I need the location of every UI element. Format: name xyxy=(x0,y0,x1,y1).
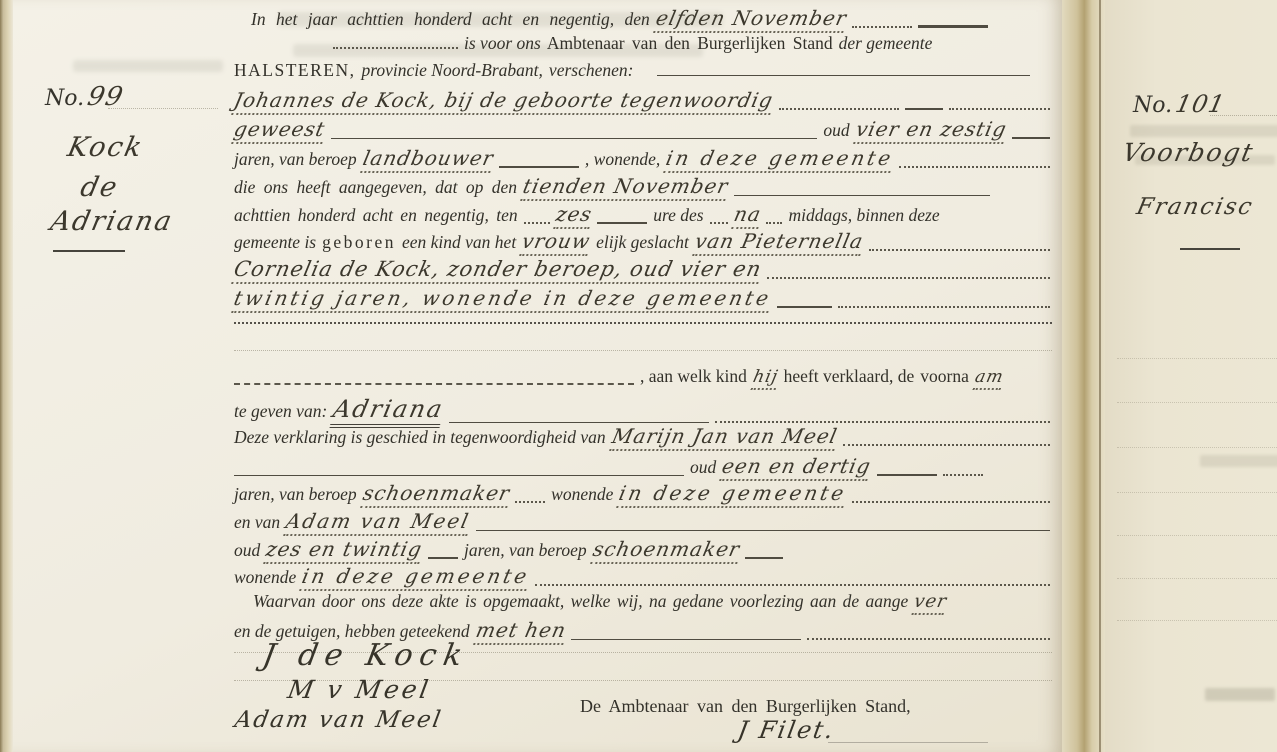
body-line-mother-2: twintig jaren, wonende in deze gemeente xyxy=(234,286,1050,313)
printed-text: heeft verklaard, de xyxy=(784,366,915,387)
next-act-surname: Voorbogt xyxy=(1123,138,1254,167)
dotted-filler xyxy=(767,277,1050,279)
handwritten-age: vier en zestig xyxy=(853,117,1009,144)
header-line-3: HALSTEREN, provincie Noord-Brabant, vers… xyxy=(234,60,1050,81)
handwritten-sex: vrouw xyxy=(519,229,593,256)
printed-text: der gemeente xyxy=(839,33,933,54)
blank-ruled-line xyxy=(234,322,1052,324)
printed-text: wonende xyxy=(234,567,296,588)
handwritten-hour: zes xyxy=(553,202,594,229)
printed-text: gemeente is xyxy=(234,232,316,253)
printed-text: jaren, van beroep xyxy=(234,484,357,505)
dash-filler xyxy=(1012,137,1050,139)
blank-ruled-line xyxy=(1117,492,1277,493)
body-line-closing-1: Waarvan door ons deze akte is opgemaakt,… xyxy=(253,591,1050,615)
dotted-filler xyxy=(899,166,1050,168)
body-line-birth-time: achttien honderd acht en negentig, ten z… xyxy=(234,202,1050,229)
blank-ruled-line xyxy=(234,350,1052,351)
handwritten-text: geweest xyxy=(231,117,327,144)
next-act-number: No. 101 xyxy=(1133,90,1225,118)
dash-filler xyxy=(905,108,943,110)
printed-text: oud xyxy=(823,120,849,141)
handwritten-age: een en dertig xyxy=(719,454,873,481)
handwritten-text: met hen xyxy=(473,618,569,645)
margin-dash xyxy=(1180,248,1240,250)
printed-text: ure des xyxy=(653,205,703,226)
blank-ruled-line xyxy=(1117,535,1277,536)
handwritten-pronoun: hij xyxy=(750,367,780,390)
dotted-filler xyxy=(949,108,1050,110)
dotted-filler xyxy=(869,249,1050,251)
handwritten-occupation: schoenmaker xyxy=(360,481,512,508)
next-act-firstname: Francisc xyxy=(1137,194,1253,220)
dotted-filler xyxy=(715,421,1050,423)
dotted-filler xyxy=(807,638,1050,640)
blank-ruled-line xyxy=(1117,447,1277,448)
handwritten-declarant-name: Johannes de Kock, bij de geboorte tegenw… xyxy=(231,88,776,115)
scanned-birth-record: { "left_margin": { "no_label": "No.", "n… xyxy=(0,0,1277,752)
handwritten-age: zes en twintig xyxy=(263,537,424,564)
body-line-child-sex: gemeente is geboren een kind van het vro… xyxy=(234,229,1050,256)
printed-text: Deze verklaring is geschied in tegenwoor… xyxy=(234,427,606,448)
dash-filler xyxy=(918,25,988,28)
body-line-occupation: jaren, van beroep landbouwer , wonende, … xyxy=(234,146,1050,173)
act-number-label: No. xyxy=(45,86,84,111)
dotted-filler xyxy=(710,222,728,224)
margin-dotted-line xyxy=(108,108,218,109)
margin-child-surname: Kock xyxy=(68,132,143,163)
body-line-witness-1: Deze verklaring is geschied in tegenwoor… xyxy=(234,424,1050,451)
solid-filler xyxy=(657,75,1030,76)
handwritten-residence: in deze gemeente xyxy=(299,564,532,591)
dotted-filler xyxy=(852,26,912,28)
registrar-signature: J Filet. xyxy=(738,716,835,744)
handwritten-suffix: am xyxy=(972,367,1005,390)
handwritten-suffix: ver xyxy=(912,591,950,615)
bleed-through-line xyxy=(73,60,223,72)
printed-text: voorna xyxy=(920,366,969,387)
handwritten-birthdate: tienden November xyxy=(520,174,731,201)
book-edge xyxy=(0,0,13,752)
bleed-through-line xyxy=(1130,125,1277,137)
body-line-witness-2-residence: wonende in deze gemeente xyxy=(234,564,1050,591)
printed-text: achttien honderd acht en negentig, ten xyxy=(234,205,518,226)
printed-text: oud xyxy=(234,540,260,561)
printed-text: geboren xyxy=(322,232,396,253)
dotted-filler xyxy=(843,444,1050,446)
body-line-mother: Cornelia de Kock, zonder beroep, oud vie… xyxy=(234,257,1050,284)
printed-text: Waarvan door ons deze akte is opgemaakt,… xyxy=(253,591,908,612)
birth-act-page: No. 99 Kock de Adriana In het jaar achtt… xyxy=(13,0,1062,752)
printed-text: middags, binnen deze xyxy=(788,205,939,226)
margin-dotted-line xyxy=(1210,115,1277,116)
dotted-filler xyxy=(838,306,1050,308)
signature-flourish-line xyxy=(828,742,988,743)
body-line-declaration-date: die ons heeft aangegeven, dat op den tie… xyxy=(234,174,1050,201)
blank-ruled-line xyxy=(1117,358,1277,359)
margin-child-firstname: Adriana xyxy=(51,206,173,237)
printed-text: is voor ons xyxy=(464,33,541,54)
handwritten-occupation: landbouwer xyxy=(360,146,496,173)
printed-text: te geven van: xyxy=(234,401,327,422)
solid-filler xyxy=(734,195,990,196)
handwritten-date: elfden November xyxy=(653,6,849,33)
dotted-filler xyxy=(852,501,1050,503)
act-number-value: 101 xyxy=(1173,90,1228,118)
printed-text: Ambtenaar van den Burgerlijken Stand xyxy=(547,33,833,54)
signature-witness-1: M v Meel xyxy=(288,675,431,704)
handwritten-daypart: na xyxy=(731,202,764,229)
registrar-title: De Ambtenaar van den Burgerlijken Stand, xyxy=(580,696,911,717)
bleed-through-line xyxy=(1205,688,1275,701)
printed-text: , aan welk kind xyxy=(640,366,747,387)
body-line-witness-2: en van Adam van Meel xyxy=(234,509,1050,536)
dotted-filler xyxy=(524,222,550,224)
printed-text: en van xyxy=(234,512,280,533)
blank-ruled-line xyxy=(1117,402,1277,403)
dashed-filler xyxy=(234,383,634,385)
dash-filler xyxy=(499,166,579,168)
printed-text: jaren, van beroep xyxy=(464,540,587,561)
printed-text: wonende xyxy=(551,484,613,505)
margin-dash xyxy=(53,250,125,252)
solid-filler xyxy=(449,422,709,423)
handwritten-occupation: schoenmaker xyxy=(590,537,742,564)
dotted-filler xyxy=(766,222,782,224)
body-line-age: geweest oud vier en zestig xyxy=(234,117,1050,144)
printed-text: verschenen: xyxy=(549,60,634,81)
printed-text: oud xyxy=(690,457,716,478)
printed-text: In het jaar achttien honderd acht en neg… xyxy=(251,9,650,30)
handwritten-witness-name: Adam van Meel xyxy=(283,509,472,536)
bleed-through-line xyxy=(1200,455,1277,467)
handwritten-residence: in deze gemeente xyxy=(663,146,896,173)
solid-filler xyxy=(476,530,1050,531)
solid-filler xyxy=(331,138,818,139)
handwritten-residence: in deze gemeente xyxy=(617,481,850,508)
handwritten-witness-name: Marijn Jan van Meel xyxy=(609,424,840,451)
handwritten-mother-details: Cornelia de Kock, zonder beroep, oud vie… xyxy=(231,257,764,284)
header-line-1: In het jaar achttien honderd acht en neg… xyxy=(251,6,1050,33)
handwritten-mother-name: van Pieternella xyxy=(692,229,866,256)
printed-text: een kind van het xyxy=(402,232,516,253)
dash-filler xyxy=(777,306,832,308)
printed-text: provincie Noord-Brabant, xyxy=(361,60,542,81)
dotted-filler xyxy=(535,584,1050,586)
municipality-name: HALSTEREN, xyxy=(234,60,355,81)
next-act-page: No. 101 Voorbogt Francisc xyxy=(1105,0,1277,752)
signature-witness-2: Adam van Meel xyxy=(235,707,442,733)
solid-filler xyxy=(571,639,801,640)
dash-filler xyxy=(428,557,458,559)
handwritten-mother-details: twintig jaren, wonende in deze gemeente xyxy=(231,286,774,313)
body-line-declarant: Johannes de Kock, bij de geboorte tegenw… xyxy=(234,88,1050,115)
margin-child-infix: de xyxy=(81,172,118,203)
body-line-witness-1-occupation: jaren, van beroep schoenmaker wonende in… xyxy=(234,481,1050,508)
signature-declarant: J de Kock xyxy=(263,638,469,673)
dotted-filler xyxy=(515,501,545,503)
dotted-filler xyxy=(333,47,458,49)
dotted-filler xyxy=(943,474,983,476)
body-line-witness-2-age: oud zes en twintig jaren, van beroep sch… xyxy=(234,537,1050,564)
dash-filler xyxy=(597,222,647,224)
printed-text: , wonende, xyxy=(585,149,660,170)
printed-text: elijk geslacht xyxy=(596,232,689,253)
printed-text: die ons heeft aangegeven, dat op den xyxy=(234,177,517,198)
dash-filler xyxy=(745,557,783,559)
book-binding xyxy=(1062,0,1105,752)
header-line-2: is voor ons Ambtenaar van den Burgerlijk… xyxy=(333,33,1050,54)
solid-filler xyxy=(234,475,684,476)
dotted-filler xyxy=(779,108,899,110)
dash-filler xyxy=(877,474,937,476)
body-line-witness-1-age: oud een en dertig xyxy=(234,454,1050,481)
body-line-name-declaration: , aan welk kind hij heeft verklaard, de … xyxy=(234,366,1050,390)
blank-ruled-line xyxy=(1117,578,1277,579)
act-number-label: No. xyxy=(1133,93,1172,118)
printed-text: jaren, van beroep xyxy=(234,149,357,170)
blank-ruled-line xyxy=(1117,620,1277,621)
